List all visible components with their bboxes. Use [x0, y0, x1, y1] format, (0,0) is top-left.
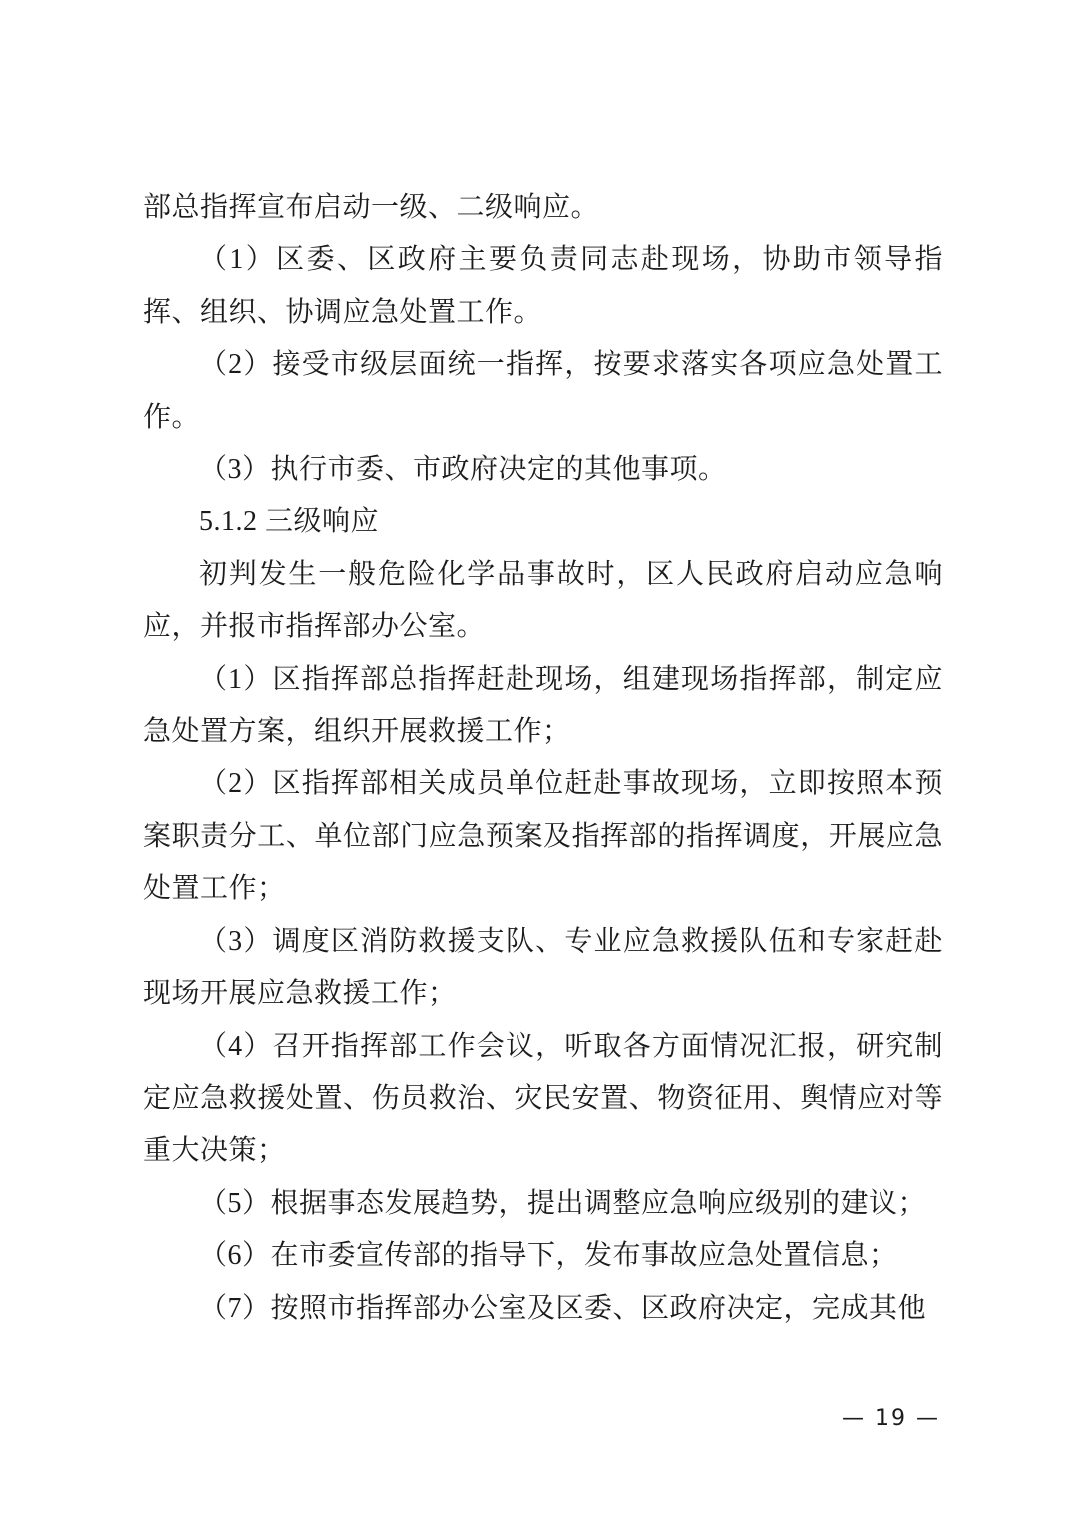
list-item-4b: （4）召开指挥部工作会议，听取各方面情况汇报，研究制定应急救援处置、伤员救治、灾… — [143, 1021, 943, 1178]
list-item-6b: （6）在市委宣传部的指导下，发布事故应急处置信息； — [143, 1230, 943, 1282]
document-page: 部总指挥宣布启动一级、二级响应。 （1）区委、区政府主要负责同志赴现场，协助市领… — [0, 0, 1074, 1520]
list-item-1: （1）区委、区政府主要负责同志赴现场，协助市领导指挥、组织、协调应急处置工作。 — [143, 234, 943, 339]
document-body: 部总指挥宣布启动一级、二级响应。 （1）区委、区政府主要负责同志赴现场，协助市领… — [143, 182, 943, 1335]
list-item-7b: （7）按照市指挥部办公室及区委、区政府决定，完成其他 — [143, 1283, 943, 1335]
paragraph-continuation: 部总指挥宣布启动一级、二级响应。 — [143, 182, 943, 234]
section-heading-5-1-2: 5.1.2 三级响应 — [143, 496, 943, 548]
page-number: — 19 — — [842, 1406, 940, 1431]
list-item-5b: （5）根据事态发展趋势，提出调整应急响应级别的建议； — [143, 1178, 943, 1230]
list-item-2: （2）接受市级层面统一指挥，按要求落实各项应急处置工作。 — [143, 339, 943, 444]
list-item-3: （3）执行市委、市政府决定的其他事项。 — [143, 444, 943, 496]
list-item-2b: （2）区指挥部相关成员单位赶赴事故现场，立即按照本预案职责分工、单位部门应急预案… — [143, 758, 943, 915]
list-item-3b: （3）调度区消防救援支队、专业应急救援队伍和专家赶赴现场开展应急救援工作； — [143, 916, 943, 1021]
list-item-1b: （1）区指挥部总指挥赶赴现场，组建现场指挥部，制定应急处置方案，组织开展救援工作… — [143, 654, 943, 759]
paragraph-intro: 初判发生一般危险化学品事故时，区人民政府启动应急响应，并报市指挥部办公室。 — [143, 549, 943, 654]
